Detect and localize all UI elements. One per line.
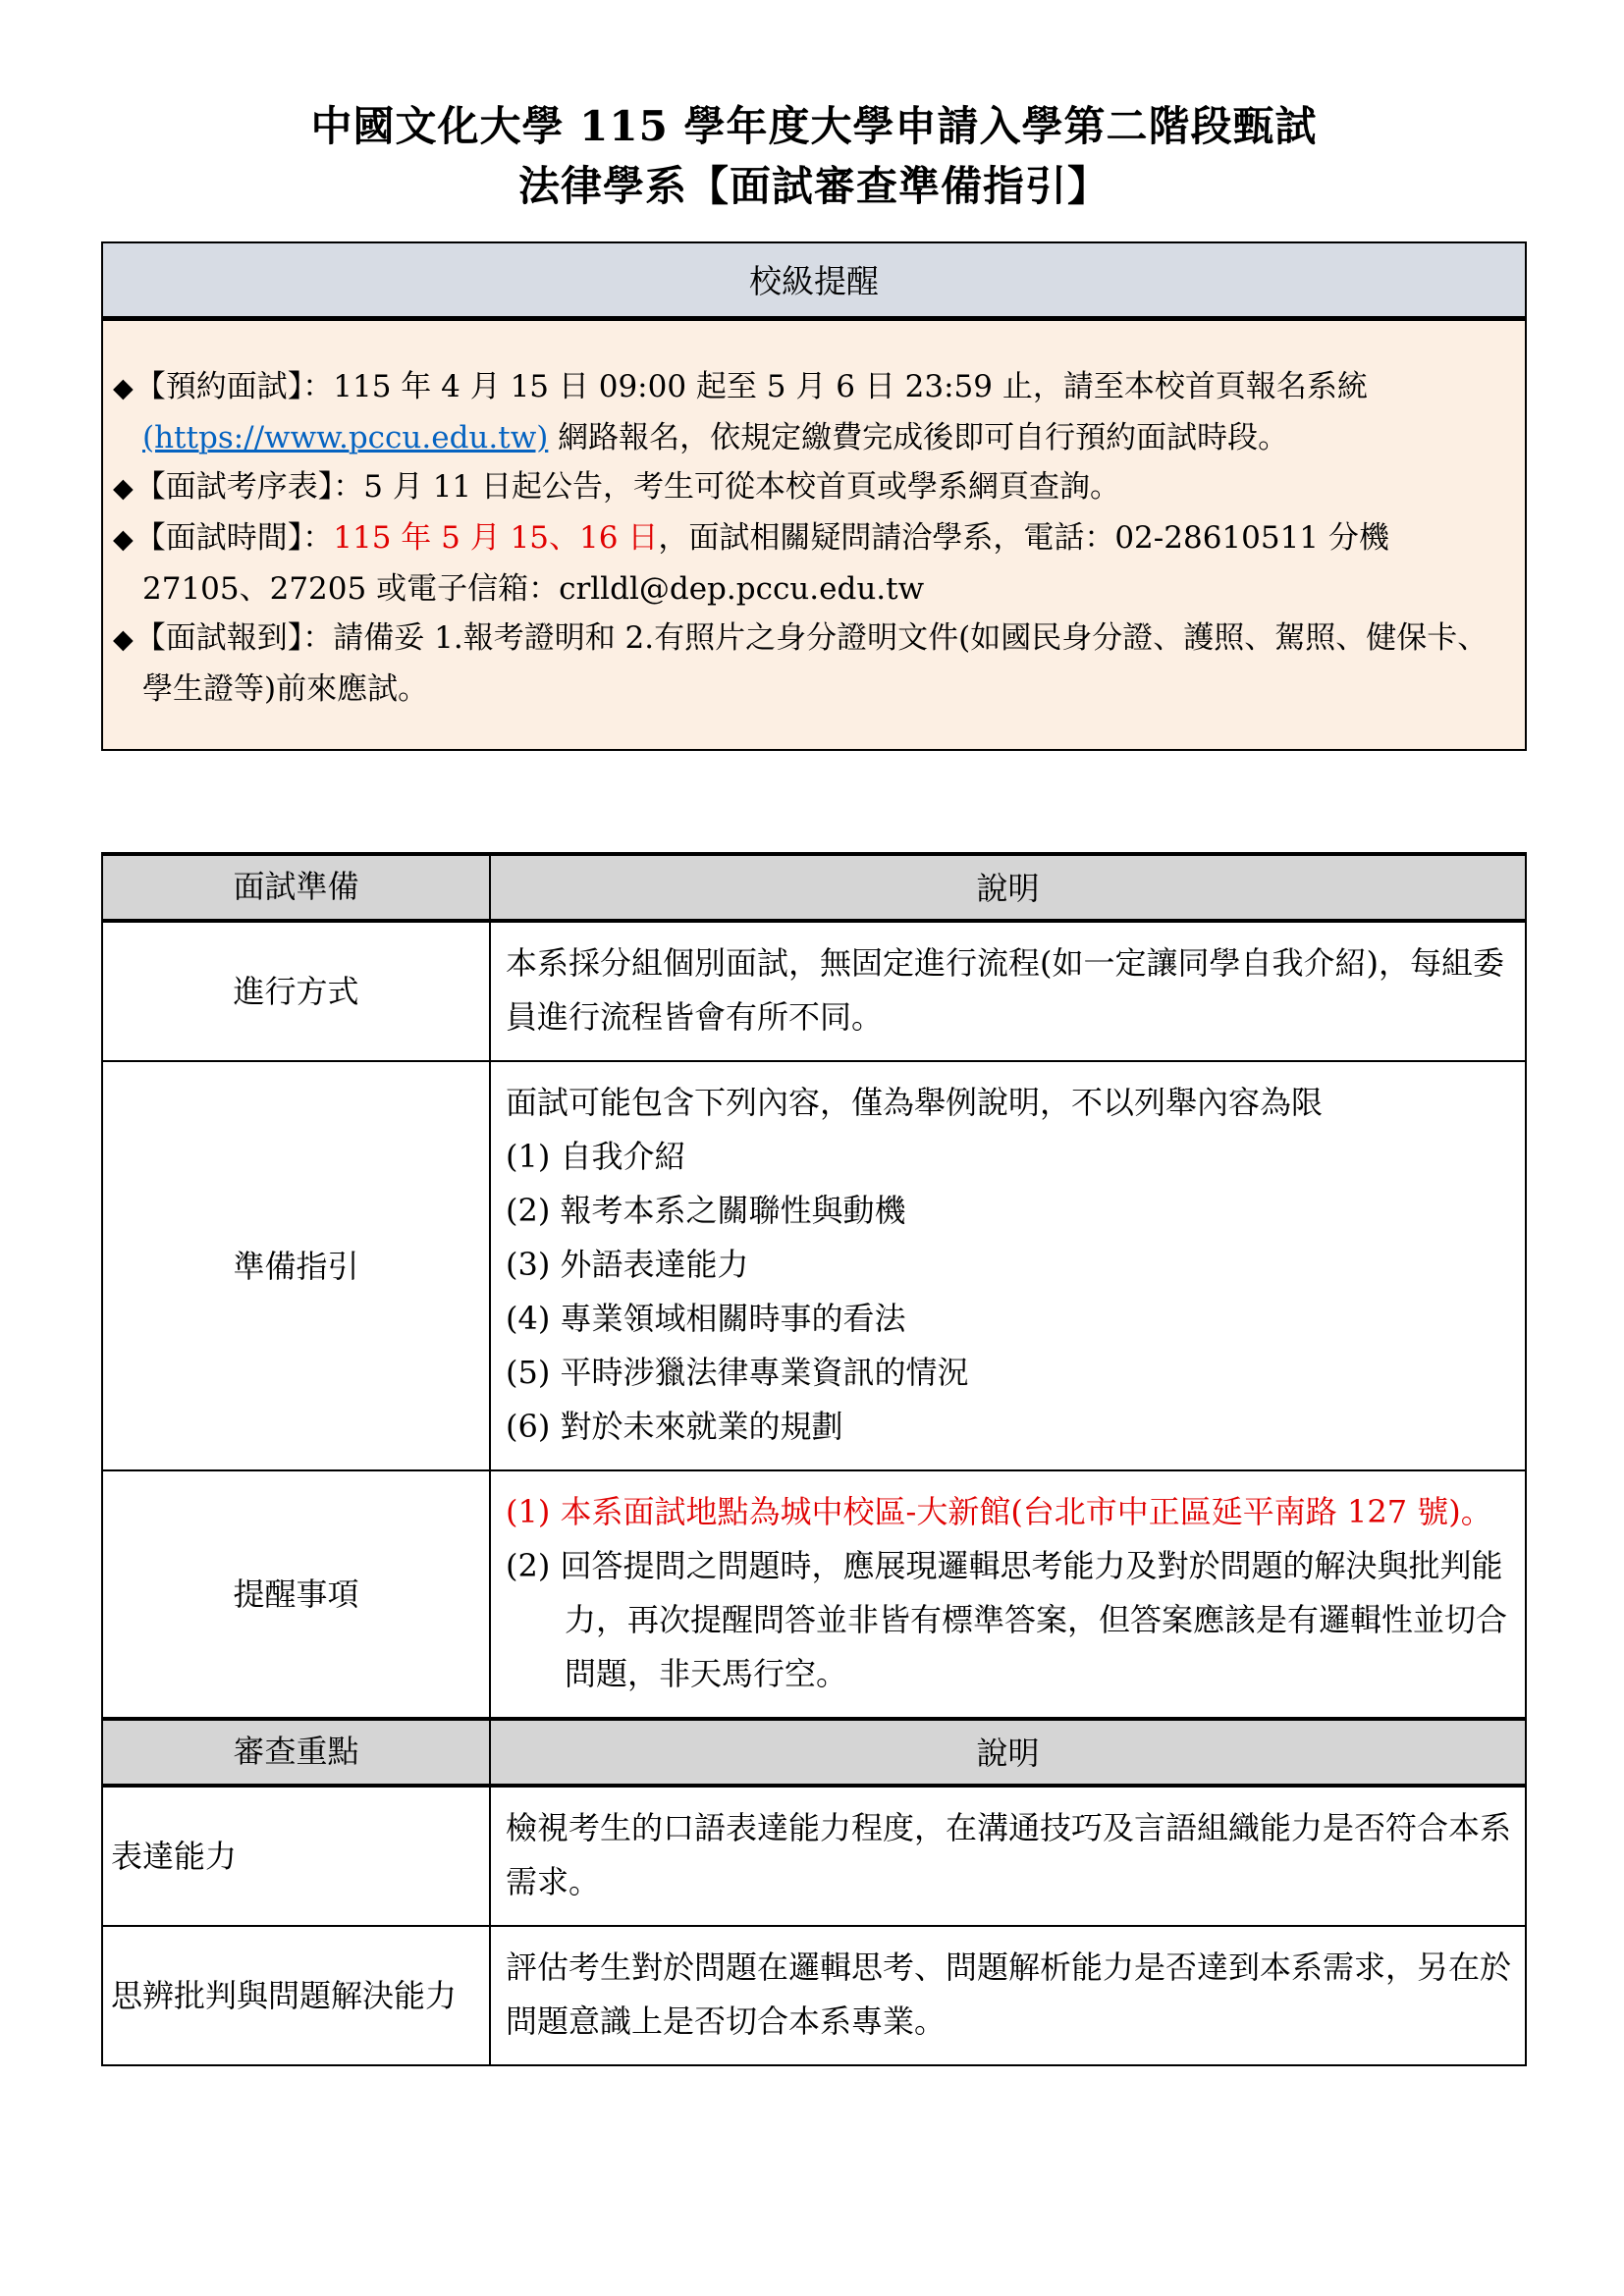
diamond-bullet-icon: ◆ xyxy=(113,473,134,504)
prep-header-row: 面試準備 說明 xyxy=(102,854,1526,921)
row-method-desc: 本系採分組個別面試，無固定進行流程(如一定讓同學自我介紹)，每組委員進行流程皆會… xyxy=(490,921,1526,1061)
row-critical-label: 思辨批判與問題解決能力 xyxy=(102,1926,490,2065)
text-line: (1) 自我介紹 xyxy=(506,1130,1513,1184)
table-row-notes: 提醒事項 (1) 本系面試地點為城中校區-大新館(台北市中正區延平南路 127 … xyxy=(102,1470,1526,1719)
text-segment: 【面試報到】：請備妥 1.報考證明和 2.有照片之身分證明文件(如國民身分證、護… xyxy=(135,620,1488,707)
table-row-expression: 表達能力 檢視考生的口語表達能力程度，在溝通技巧及言語組織能力是否符合本系需求。 xyxy=(102,1786,1526,1926)
review-header-col2: 說明 xyxy=(490,1719,1526,1786)
row-guide-label: 準備指引 xyxy=(102,1061,490,1470)
review-header-col1: 審查重點 xyxy=(102,1719,490,1786)
prep-header-col2: 說明 xyxy=(490,854,1526,921)
row-expression-label: 表達能力 xyxy=(102,1786,490,1926)
row-critical-desc: 評估考生對於問題在邏輯思考、問題解析能力是否達到本系需求，另在於問題意識上是否切… xyxy=(490,1926,1526,2065)
notice-box-title: 校級提醒 xyxy=(103,243,1525,321)
text-line: (2) 回答提問之問題時，應展現邏輯思考能力及對於問題的解決與批判能力，再次提醒… xyxy=(506,1539,1513,1701)
document-page: 中國文化大學 115 學年度大學申請入學第二階段甄試 法律學系【面試審查準備指引… xyxy=(0,0,1624,2296)
diamond-bullet-icon: ◆ xyxy=(113,373,134,403)
text-line: (1) 本系面試地點為城中校區-大新館(台北市中正區延平南路 127 號)。 xyxy=(506,1485,1513,1539)
notice-item-text: 【面試報到】：請備妥 1.報考證明和 2.有照片之身分證明文件(如國民身分證、護… xyxy=(135,620,1488,707)
notice-item-text: 【預約面試】：115 年 4 月 15 日 09:00 起至 5 月 6 日 2… xyxy=(135,369,1368,455)
text-line: (2) 報考本系之關聯性與動機 xyxy=(506,1184,1513,1238)
review-header-row: 審查重點 說明 xyxy=(102,1719,1526,1786)
text-line: (4) 專業領域相關時事的看法 xyxy=(506,1292,1513,1346)
text-segment: 網路報名，依規定繳費完成後即可自行預約面試時段。 xyxy=(548,420,1288,455)
school-notice-box: 校級提醒 ◆【預約面試】：115 年 4 月 15 日 09:00 起至 5 月… xyxy=(101,241,1527,751)
text-line: (5) 平時涉獵法律專業資訊的情況 xyxy=(506,1346,1513,1400)
interview-guide-table: 面試準備 說明 進行方式 本系採分組個別面試，無固定進行流程(如一定讓同學自我介… xyxy=(101,852,1527,2066)
text-segment: 【預約面試】：115 年 4 月 15 日 09:00 起至 5 月 6 日 2… xyxy=(135,369,1368,404)
diamond-bullet-icon: ◆ xyxy=(113,524,134,555)
text-segment: 115 年 5 月 15、16 日 xyxy=(333,520,658,556)
diamond-bullet-icon: ◆ xyxy=(113,624,134,655)
row-guide-desc: 面試可能包含下列內容，僅為舉例說明，不以列舉內容為限(1) 自我介紹(2) 報考… xyxy=(490,1061,1526,1470)
prep-header-col1: 面試準備 xyxy=(102,854,490,921)
table-row-method: 進行方式 本系採分組個別面試，無固定進行流程(如一定讓同學自我介紹)，每組委員進… xyxy=(102,921,1526,1061)
notice-item-text: 【面試時間】：115 年 5 月 15、16 日，面試相關疑問請洽學系，電話：0… xyxy=(135,520,1389,607)
row-notes-desc: (1) 本系面試地點為城中校區-大新館(台北市中正區延平南路 127 號)。(2… xyxy=(490,1470,1526,1719)
text-line: (6) 對於未來就業的規劃 xyxy=(506,1400,1513,1454)
text-line: (3) 外語表達能力 xyxy=(506,1238,1513,1292)
notice-item-schedule: ◆【面試考序表】：5 月 11 日起公告，考生可從本校首頁或學系網頁查詢。 xyxy=(113,462,1501,513)
notice-box-body: ◆【預約面試】：115 年 4 月 15 日 09:00 起至 5 月 6 日 … xyxy=(103,321,1525,749)
row-method-label: 進行方式 xyxy=(102,921,490,1061)
table-row-critical: 思辨批判與問題解決能力 評估考生對於問題在邏輯思考、問題解析能力是否達到本系需求… xyxy=(102,1926,1526,2065)
row-notes-label: 提醒事項 xyxy=(102,1470,490,1719)
notice-item-time: ◆【面試時間】：115 年 5 月 15、16 日，面試相關疑問請洽學系，電話：… xyxy=(113,513,1501,614)
page-title-line1: 中國文化大學 115 學年度大學申請入學第二階段甄試 xyxy=(101,96,1527,156)
notice-item-reservation: ◆【預約面試】：115 年 4 月 15 日 09:00 起至 5 月 6 日 … xyxy=(113,362,1501,462)
text-segment: 【面試時間】： xyxy=(135,520,334,556)
text-segment: 【面試考序表】：5 月 11 日起公告，考生可從本校首頁或學系網頁查詢。 xyxy=(135,469,1120,505)
text-line: 面試可能包含下列內容，僅為舉例說明，不以列舉內容為限 xyxy=(506,1076,1513,1130)
row-expression-desc: 檢視考生的口語表達能力程度，在溝通技巧及言語組織能力是否符合本系需求。 xyxy=(490,1786,1526,1926)
table-row-guide: 準備指引 面試可能包含下列內容，僅為舉例說明，不以列舉內容為限(1) 自我介紹(… xyxy=(102,1061,1526,1470)
pccu-website-link[interactable]: (https://www.pccu.edu.tw) xyxy=(142,420,548,455)
notice-item-text: 【面試考序表】：5 月 11 日起公告，考生可從本校首頁或學系網頁查詢。 xyxy=(135,469,1120,505)
page-title-line2: 法律學系【面試審查準備指引】 xyxy=(101,156,1527,216)
notice-item-checkin: ◆【面試報到】：請備妥 1.報考證明和 2.有照片之身分證明文件(如國民身分證、… xyxy=(113,614,1501,714)
